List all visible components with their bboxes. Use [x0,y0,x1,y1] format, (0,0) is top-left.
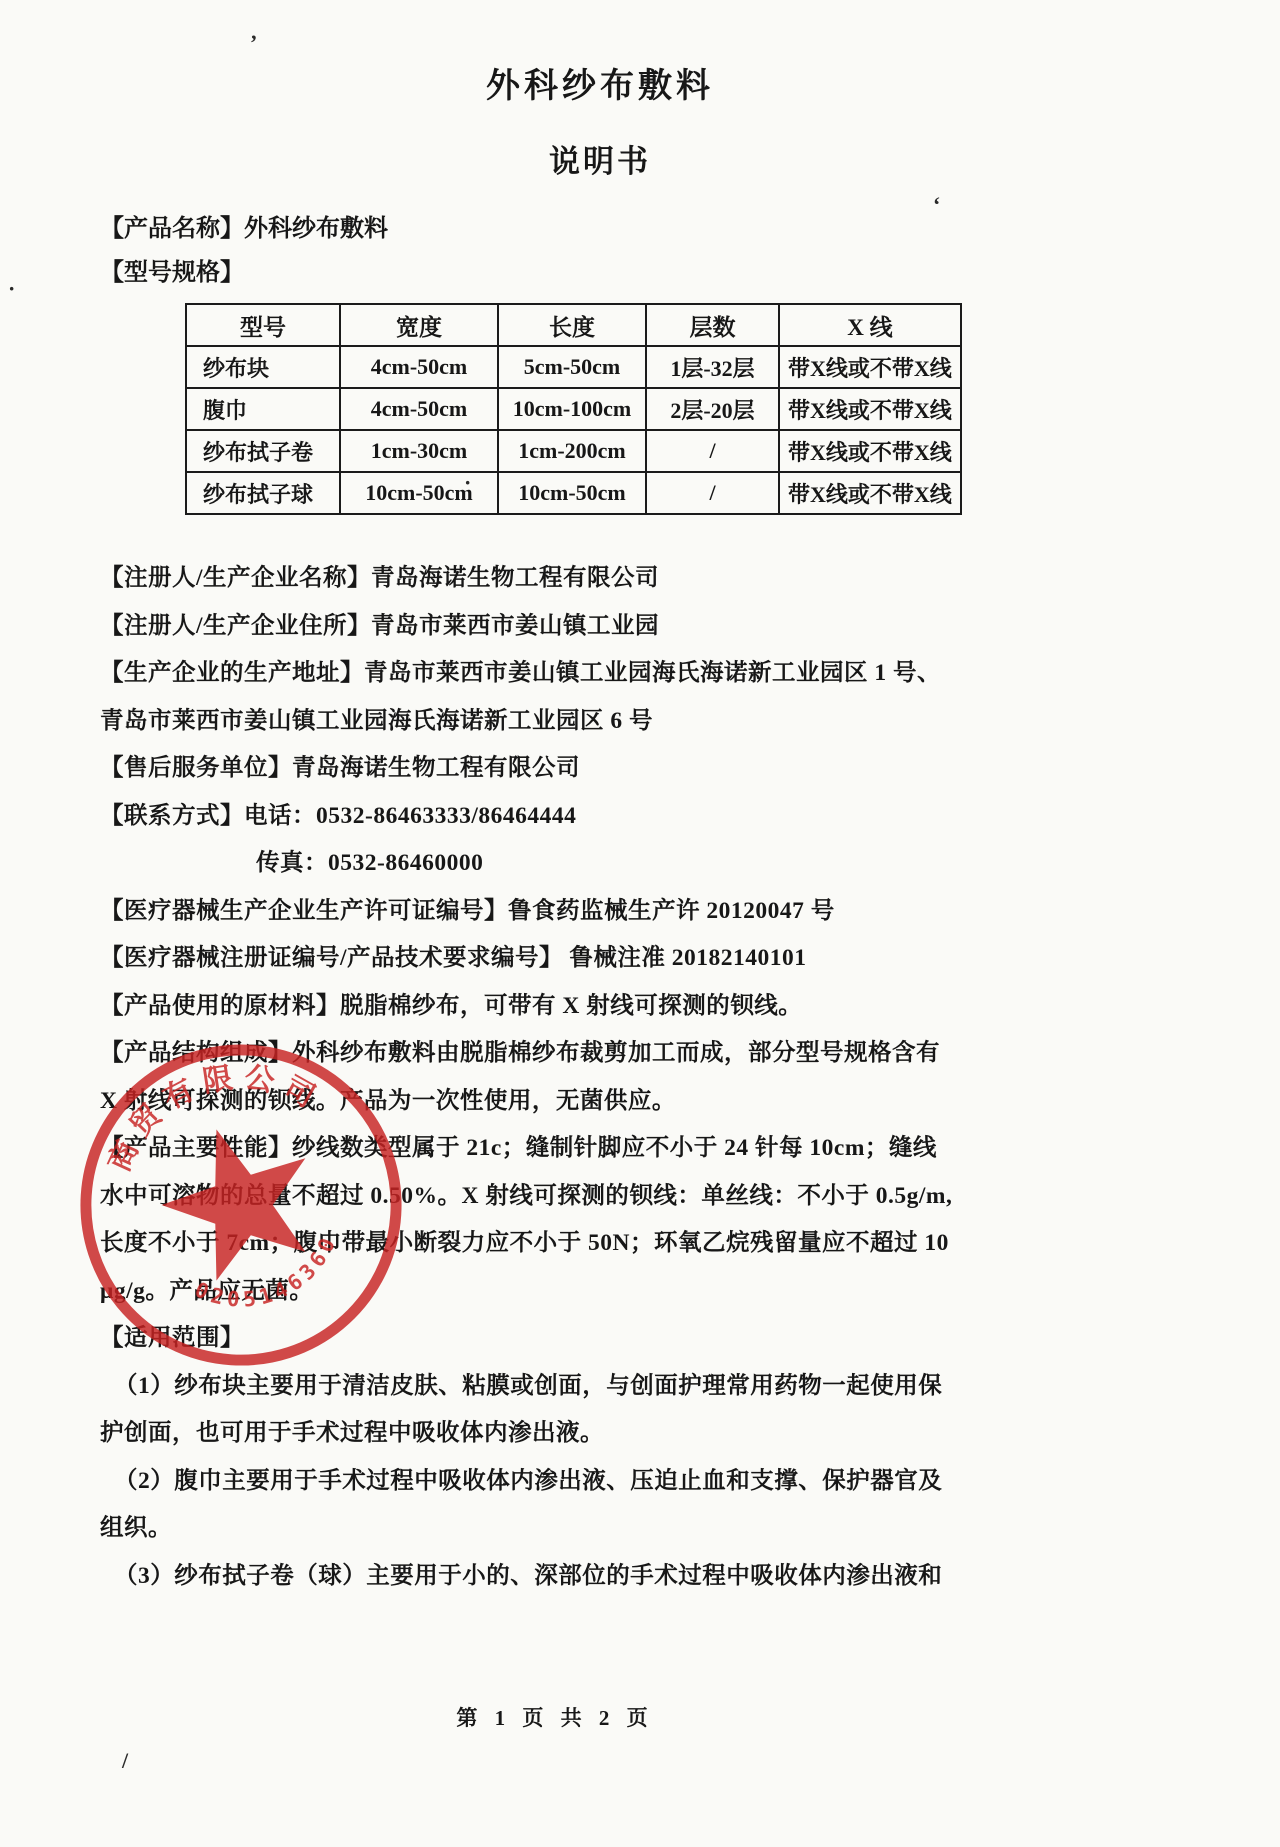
scan-artifact: ‘ [933,192,940,218]
spec-table-cell: 10cm-50cm [498,472,646,514]
document-line: 【医疗器械注册证编号/产品技术要求编号】 鲁械注准 20182140101 [100,935,1130,983]
spec-table-header: 型号宽度长度层数X 线 [186,304,961,346]
spec-col-header: 宽度 [340,304,498,346]
document-line: 【产品结构组成】外科纱布敷料由脱脂棉纱布裁剪加工而成，部分型号规格含有 [100,1030,1130,1078]
document-line: 【产品使用的原材料】脱脂棉纱布，可带有 X 射线可探测的钡线。 [100,983,1130,1031]
scan-artifact: ’ [250,30,257,56]
model-spec-table: 型号宽度长度层数X 线 纱布块4cm-50cm5cm-50cm1层-32层带X线… [185,303,962,515]
document-line: 传真：0532-86460000 [100,840,1130,888]
document-line: 【产品主要性能】纱线数类型属于 21c；缝制针脚应不小于 24 针每 10cm；… [100,1125,1130,1173]
spec-table-row: 腹巾4cm-50cm10cm-100cm2层-20层带X线或不带X线 [186,388,961,430]
document-line: 【注册人/生产企业住所】青岛市莱西市姜山镇工业园 [100,603,1130,651]
spec-col-header: 长度 [498,304,646,346]
spec-table-cell: 5cm-50cm [498,346,646,388]
document-line: （1）纱布块主要用于清洁皮肤、粘膜或创面，与创面护理常用药物一起使用保 [100,1363,1130,1411]
document-line: μg/g。产品应无菌。 [100,1268,1130,1316]
scan-artifact: · [8,276,15,302]
document-line: 【联系方式】电话：0532-86463333/86464444 [100,793,1130,841]
document-line: 【生产企业的生产地址】青岛市莱西市姜山镇工业园海氏海诺新工业园区 1 号、 [100,650,1130,698]
spec-table-cell: 1cm-200cm [498,430,646,472]
spec-table-cell: 带X线或不带X线 [779,346,961,388]
document-page: 外科纱布敷料 说明书 【产品名称】外科纱布敷料【型号规格】 型号宽度长度层数X … [0,0,1280,1847]
spec-table-cell: 带X线或不带X线 [779,388,961,430]
document-line: 【适用范围】 [100,1315,1130,1363]
spec-table-cell: 纱布拭子球 [186,472,340,514]
spec-col-header: X 线 [779,304,961,346]
document-line: 组织。 [100,1505,1130,1553]
spec-table-cell: 纱布块 [186,346,340,388]
spec-table-row: 纱布拭子球10cm-50cm10cm-50cm/带X线或不带X线 [186,472,961,514]
document-line: （3）纱布拭子卷（球）主要用于小的、深部位的手术过程中吸收体内渗出液和 [100,1553,1130,1601]
spec-table-cell: 4cm-50cm [340,346,498,388]
spec-col-header: 型号 [186,304,340,346]
spec-table-cell: 纱布拭子卷 [186,430,340,472]
document-line: 【型号规格】 [100,251,1130,295]
spec-table-cell: / [646,472,779,514]
spec-table-cell: 带X线或不带X线 [779,472,961,514]
pre-table-section: 【产品名称】外科纱布敷料【型号规格】 [100,207,1130,295]
spec-table-cell: 1cm-30cm [340,430,498,472]
document-line: 护创面，也可用于手术过程中吸收体内渗出液。 [100,1410,1130,1458]
document-line: X 射线可探测的钡线。产品为一次性使用，无菌供应。 [100,1078,1130,1126]
spec-table-cell: / [646,430,779,472]
document-line: 长度不小于 7cm；腹巾带最小断裂力应不小于 50N；环氧乙烷残留量应不超过 1… [100,1220,1130,1268]
document-line: 【注册人/生产企业名称】青岛海诺生物工程有限公司 [100,555,1130,603]
spec-table-cell: 1层-32层 [646,346,779,388]
document-line: （2）腹巾主要用于手术过程中吸收体内渗出液、压迫止血和支撑、保护器官及 [100,1458,1130,1506]
document-line: 水中可溶物的总量不超过 0.50%。X 射线可探测的钡线：单丝线：不小于 0.5… [100,1173,1130,1221]
spec-table-row: 纱布拭子卷1cm-30cm1cm-200cm/带X线或不带X线 [186,430,961,472]
spec-col-header: 层数 [646,304,779,346]
document-title: 外科纱布敷料 [70,58,1130,107]
scan-artifact: · [464,470,471,496]
spec-table-row: 纱布块4cm-50cm5cm-50cm1层-32层带X线或不带X线 [186,346,961,388]
document-content: 外科纱布敷料 说明书 【产品名称】外科纱布敷料【型号规格】 型号宽度长度层数X … [0,0,1130,1847]
spec-table-cell: 腹巾 [186,388,340,430]
document-line: 青岛市莱西市姜山镇工业园海氏海诺新工业园区 6 号 [100,698,1130,746]
document-line: 【产品名称】外科纱布敷料 [100,207,1130,251]
document-subtitle: 说明书 [70,136,1130,181]
document-line: 【医疗器械生产企业生产许可证编号】鲁食药监械生产许 20120047 号 [100,888,1130,936]
scan-artifact: / [122,1748,128,1774]
spec-table-cell: 带X线或不带X线 [779,430,961,472]
document-body-text: 【注册人/生产企业名称】青岛海诺生物工程有限公司【注册人/生产企业住所】青岛市莱… [100,555,1130,1600]
spec-table-cell: 10cm-100cm [498,388,646,430]
spec-table-cell: 2层-20层 [646,388,779,430]
page-number-footer: 第 1 页 共 2 页 [0,1702,1110,1732]
document-line: 【售后服务单位】青岛海诺生物工程有限公司 [100,745,1130,793]
spec-table-cell: 10cm-50cm [340,472,498,514]
spec-table-cell: 4cm-50cm [340,388,498,430]
